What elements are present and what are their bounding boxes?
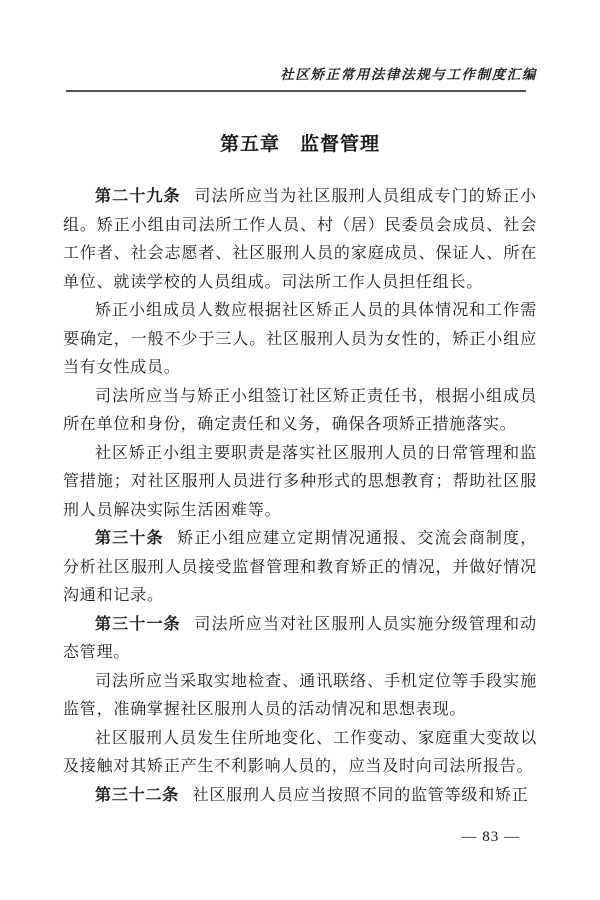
paragraph-text: 社区服刑人员发生住所地变化、工作变动、家庭重大变故以及接触对其矫正产生不利影响人… [63, 730, 537, 776]
running-head: 社区矫正常用法律法规与工作制度汇编 [63, 63, 537, 83]
article-number: 第三十一条 [95, 616, 181, 633]
paragraph-text: 社区矫正小组主要职责是落实社区服刑人员的日常管理和监管措施；对社区服刑人员进行多… [63, 445, 537, 519]
paragraph: 社区矫正小组主要职责是落实社区服刑人员的日常管理和监管措施；对社区服刑人员进行多… [63, 440, 537, 526]
paragraph: 第三十条矫正小组应建立定期情况通报、交流会商制度，分析社区服刑人员接受监督管理和… [63, 525, 537, 611]
paragraph: 第三十一条司法所应当对社区服刑人员实施分级管理和动态管理。 [63, 611, 537, 668]
paragraph: 矫正小组成员人数应根据社区矫正人员的具体情况和工作需要确定，一般不少于三人。社区… [63, 297, 537, 383]
paragraph: 司法所应当与矫正小组签订社区矫正责任书，根据小组成员所在单位和身份，确定责任和义… [63, 383, 537, 440]
paragraph-text: 矫正小组成员人数应根据社区矫正人员的具体情况和工作需要确定，一般不少于三人。社区… [63, 302, 537, 376]
article-number: 第二十九条 [95, 188, 181, 205]
paragraph-text: 司法所应当采取实地检查、通讯联络、手机定位等手段实施监管，准确掌握社区服刑人员的… [63, 673, 537, 719]
paragraph: 社区服刑人员发生住所地变化、工作变动、家庭重大变故以及接触对其矫正产生不利影响人… [63, 725, 537, 782]
chapter-title: 第五章 监督管理 [0, 129, 600, 156]
page-number: — 83 — [462, 829, 521, 846]
body-text: 第二十九条司法所应当为社区服刑人员组成专门的矫正小组。矫正小组由司法所工作人员、… [63, 183, 537, 810]
paragraph: 司法所应当采取实地检查、通讯联络、手机定位等手段实施监管，准确掌握社区服刑人员的… [63, 668, 537, 725]
paragraph: 第二十九条司法所应当为社区服刑人员组成专门的矫正小组。矫正小组由司法所工作人员、… [63, 183, 537, 297]
article-number: 第三十条 [95, 530, 164, 547]
paragraph-text: 社区服刑人员应当按照不同的监管等级和矫正 [193, 787, 529, 804]
article-number: 第三十二条 [95, 787, 179, 804]
paragraph: 第三十二条社区服刑人员应当按照不同的监管等级和矫正 [63, 782, 537, 811]
paragraph-text: 司法所应当与矫正小组签订社区矫正责任书，根据小组成员所在单位和身份，确定责任和义… [63, 388, 537, 434]
document-page: 社区矫正常用法律法规与工作制度汇编 第五章 监督管理 第二十九条司法所应当为社区… [0, 0, 600, 900]
header-rule [66, 90, 526, 92]
